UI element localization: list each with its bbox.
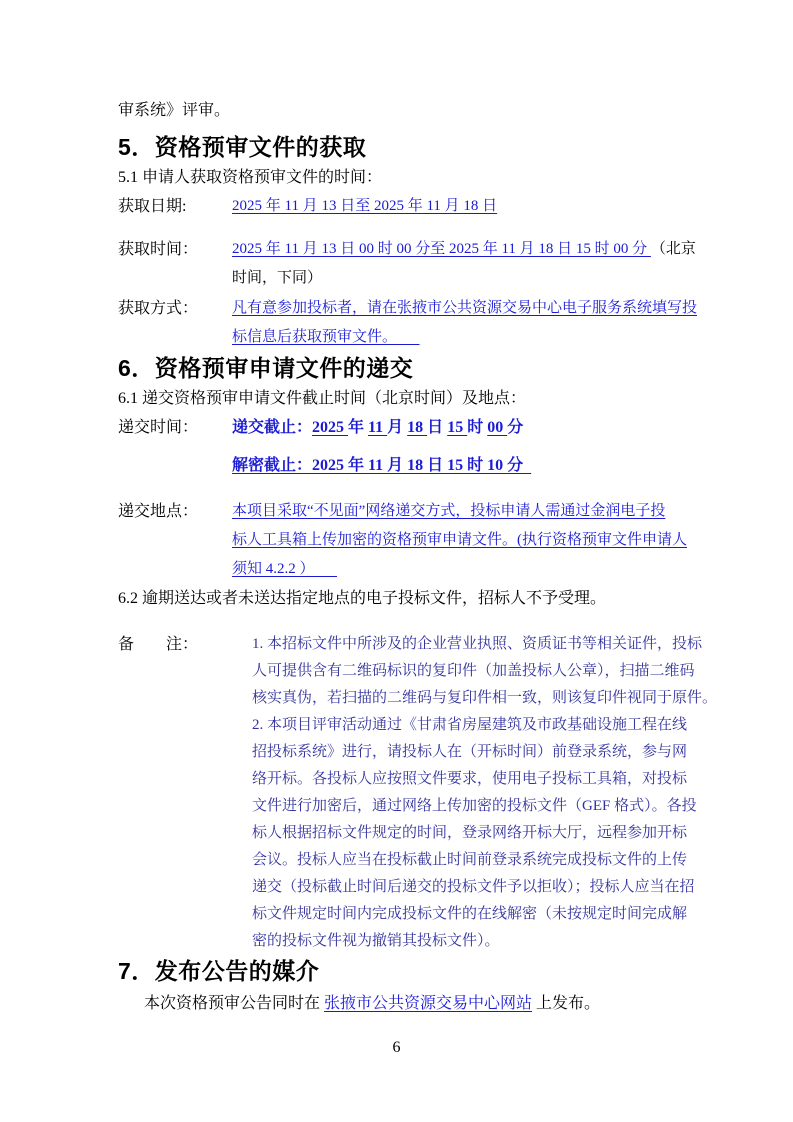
submit-place-value: 本项目采取“不见面”网络递交方式，投标申请人需通过金润电子投标人工具箱上传加密的… xyxy=(232,497,699,584)
decrypt-deadline-line: 解密截止：2025 年 11 月 18 日 15 时 10 分 xyxy=(232,451,699,480)
obtain-method-line: 标信息后获取预审文件。 xyxy=(232,323,699,352)
remark-label: 备 注： xyxy=(118,631,252,658)
obtain-date-value: 2025 年 11 月 13 日至 2025 年 11 月 18 日 xyxy=(232,198,497,214)
obtain-method-label: 获取方式： xyxy=(118,294,232,323)
section-7-body: 本次资格预审公告同时在 张掖市公共资源交易中心网站 上发布。 xyxy=(118,989,699,1018)
remark-line: 人可提供含有二维码标识的复印件（加盖投标人公章），扫描二维码 xyxy=(252,658,699,685)
obtain-time-label: 获取时间： xyxy=(118,235,232,264)
submit-time-label: 递交时间： xyxy=(118,413,232,442)
remark-line: 核实真伪，若扫描的二维码与复印件相一致，则该复印件视同于原件。 xyxy=(252,685,699,712)
remark-value: 1. 本招标文件中所涉及的企业营业执照、资质证书等相关证件，投标人可提供含有二维… xyxy=(252,631,699,955)
section-5-heading: 5．资格预审文件的获取 xyxy=(118,131,699,163)
section-7-text-suffix: 上发布。 xyxy=(532,995,600,1012)
deadline-segment: 日 xyxy=(427,419,447,436)
submit-deadline-line: 递交截止：2025 年 11 月 18 日 15 时 00 分 xyxy=(232,413,699,442)
section-6-heading: 6．资格预审申请文件的递交 xyxy=(118,352,699,384)
obtain-time-value-cell: 2025 年 11 月 13 日 00 时 00 分至 2025 年 11 月 … xyxy=(232,235,699,293)
submit-place-line: 标人工具箱上传加密的资格预审申请文件。(执行资格预审文件申请人 xyxy=(232,526,699,555)
remark-line: 标人根据招标文件规定的时间，登录网络开标大厅，远程参加开标 xyxy=(252,820,699,847)
deadline-segment: 时 xyxy=(467,419,487,436)
remark-line: 1. 本招标文件中所涉及的企业营业执照、资质证书等相关证件，投标 xyxy=(252,631,699,658)
obtain-time-note-end: 时间，下同） xyxy=(232,264,699,293)
obtain-time-note-start: （北京 xyxy=(651,241,696,257)
submit-place-label: 递交地点： xyxy=(118,497,232,526)
obtain-time-value: 2025 年 11 月 13 日 00 时 00 分至 2025 年 11 月 … xyxy=(232,241,651,257)
page-number: 6 xyxy=(0,1037,793,1059)
obtain-date-row: 获取日期: 2025 年 11 月 13 日至 2025 年 11 月 18 日 xyxy=(118,192,699,221)
item-5-1: 5.1 申请人获取资格预审文件的时间： xyxy=(118,163,699,192)
obtain-method-row: 获取方式： 凡有意参加投标者，请在张掖市公共资源交易中心电子服务系统填写投标信息… xyxy=(118,294,699,352)
deadline-segment: 月 xyxy=(387,419,407,436)
deadline-segment: 递交截止： xyxy=(232,419,312,436)
obtain-method-line: 凡有意参加投标者，请在张掖市公共资源交易中心电子服务系统填写投 xyxy=(232,294,699,323)
remark-line: 2. 本项目评审活动通过《甘肃省房屋建筑及市政基础设施工程在线 xyxy=(252,712,699,739)
deadline-segment: 11 xyxy=(368,419,387,436)
remark-line: 络开标。各投标人应按照文件要求，使用电子投标工具箱，对投标 xyxy=(252,766,699,793)
document-page: 审系统》评审。 5．资格预审文件的获取 5.1 申请人获取资格预审文件的时间： … xyxy=(0,0,793,1122)
remark-line: 密的投标文件视为撤销其投标文件）。 xyxy=(252,928,699,955)
deadline-segment: 15 xyxy=(447,419,467,436)
website-link[interactable]: 张掖市公共资源交易中心网站 xyxy=(324,995,532,1012)
submit-time-value-cell: 递交截止：2025 年 11 月 18 日 15 时 00 分 解密截止：202… xyxy=(232,413,699,480)
intro-line: 审系统》评审。 xyxy=(118,96,699,125)
submit-time-row: 递交时间： 递交截止：2025 年 11 月 18 日 15 时 00 分 解密… xyxy=(118,413,699,480)
remark-line: 文件进行加密后，通过网络上传加密的投标文件（GEF 格式）。各投 xyxy=(252,793,699,820)
section-7-text-prefix: 本次资格预审公告同时在 xyxy=(144,995,324,1012)
submit-place-line: 本项目采取“不见面”网络递交方式，投标申请人需通过金润电子投 xyxy=(232,497,699,526)
obtain-date-label: 获取日期: xyxy=(118,192,232,221)
obtain-date-value-cell: 2025 年 11 月 13 日至 2025 年 11 月 18 日 xyxy=(232,192,699,221)
deadline-segment: 18 xyxy=(407,419,427,436)
remark-line: 招投标系统》进行，请投标人在（开标时间）前登录系统，参与网 xyxy=(252,739,699,766)
remark-line: 会议。投标人应当在投标截止时间前登录系统完成投标文件的上传 xyxy=(252,847,699,874)
remark-line: 标文件规定时间内完成投标文件的在线解密（未按规定时间完成解 xyxy=(252,901,699,928)
item-6-2: 6.2 逾期送达或者未送达指定地点的电子投标文件，招标人不予受理。 xyxy=(118,584,699,613)
deadline-segment: 年 xyxy=(348,419,368,436)
obtain-time-row: 获取时间： 2025 年 11 月 13 日 00 时 00 分至 2025 年… xyxy=(118,235,699,293)
obtain-method-value: 凡有意参加投标者，请在张掖市公共资源交易中心电子服务系统填写投标信息后获取预审文… xyxy=(232,294,699,352)
section-7-heading: 7．发布公告的媒介 xyxy=(118,955,699,987)
remark-row: 备 注： 1. 本招标文件中所涉及的企业营业执照、资质证书等相关证件，投标人可提… xyxy=(118,631,699,955)
deadline-segment: 分 xyxy=(507,419,523,436)
submit-place-row: 递交地点： 本项目采取“不见面”网络递交方式，投标申请人需通过金润电子投标人工具… xyxy=(118,497,699,584)
deadline-segment: 2025 xyxy=(312,419,348,436)
item-6-1: 6.1 递交资格预审申请文件截止时间（北京时间）及地点： xyxy=(118,384,699,413)
remark-line: 递交（投标截止时间后递交的投标文件予以拒收）；投标人应当在招 xyxy=(252,874,699,901)
deadline-segment: 00 xyxy=(487,419,507,436)
submit-place-line: 须知 4.2.2 ） xyxy=(232,555,699,584)
